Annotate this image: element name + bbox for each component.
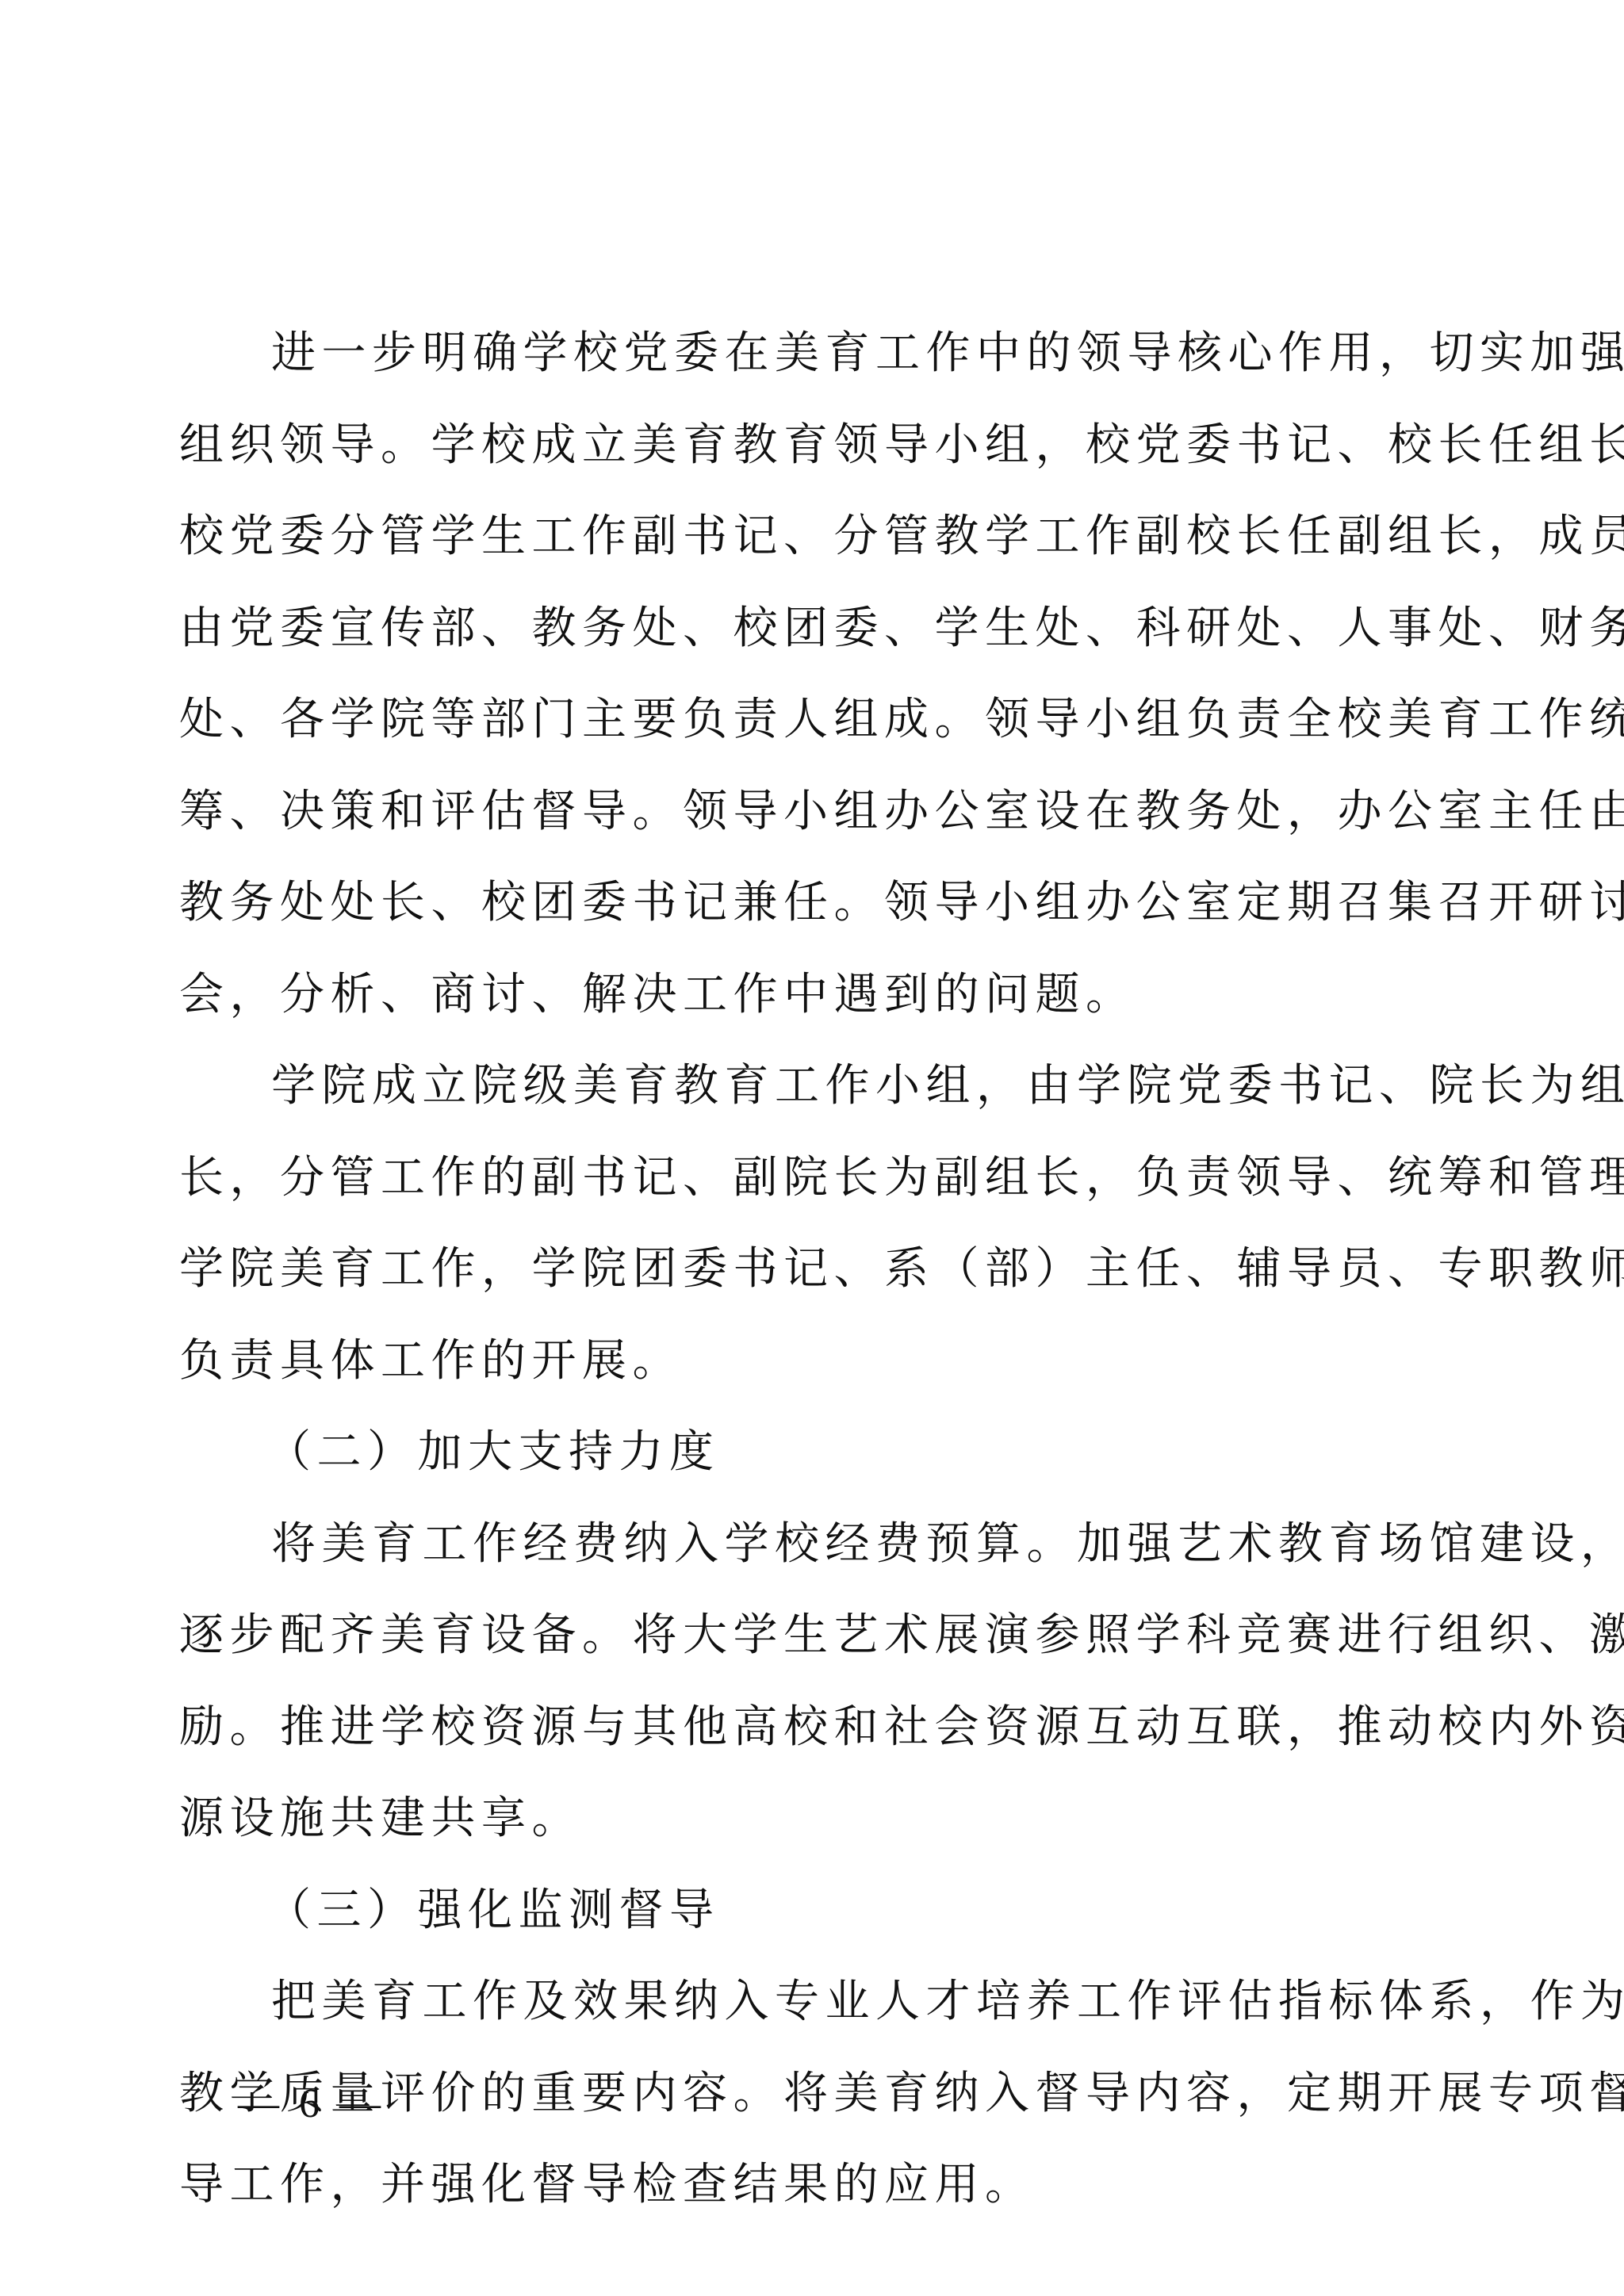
paragraph-2-line-2: 长，分管工作的副书记、副院长为副组长，负责领导、统筹和管理 [179, 1132, 1451, 1224]
paragraph-3-line-1: 将美育工作经费纳入学校经费预算。加强艺术教育场馆建设， [179, 1498, 1451, 1590]
page-number: — 6 — [238, 2080, 385, 2128]
paragraph-2-line-3: 学院美育工作，学院团委书记、系（部）主任、辅导员、专职教师 [179, 1223, 1451, 1315]
paragraph-3-line-4: 源设施共建共享。 [179, 1773, 1451, 1865]
paragraph-1-line-2: 组织领导。学校成立美育教育领导小组，校党委书记、校长任组长， [179, 400, 1451, 492]
document-page: 进一步明确学校党委在美育工作中的领导核心作用，切实加强 组织领导。学校成立美育教… [0, 0, 1624, 2296]
paragraph-1-line-4: 由党委宣传部、教务处、校团委、学生处、科研处、人事处、财务 [179, 583, 1451, 675]
paragraph-4-line-3: 导工作，并强化督导检查结果的应用。 [179, 2139, 1451, 2231]
paragraph-1-line-1: 进一步明确学校党委在美育工作中的领导核心作用，切实加强 [179, 308, 1451, 400]
paragraph-2-line-1: 学院成立院级美育教育工作小组，由学院党委书记、院长为组 [179, 1040, 1451, 1132]
paragraph-4-line-1: 把美育工作及效果纳入专业人才培养工作评估指标体系，作为 [179, 1956, 1451, 2048]
paragraph-1-line-5: 处、各学院等部门主要负责人组成。领导小组负责全校美育工作统 [179, 674, 1451, 766]
paragraph-1-line-7: 教务处处长、校团委书记兼任。领导小组办公室定期召集召开研讨 [179, 857, 1451, 949]
section-heading-supervision: （三）强化监测督导 [179, 1865, 1451, 1957]
paragraph-2-line-4: 负责具体工作的开展。 [179, 1315, 1451, 1407]
paragraph-1-line-6: 筹、决策和评估督导。领导小组办公室设在教务处，办公室主任由 [179, 766, 1451, 858]
document-body: 进一步明确学校党委在美育工作中的领导核心作用，切实加强 组织领导。学校成立美育教… [179, 308, 1451, 2231]
paragraph-1-line-8: 会，分析、商讨、解决工作中遇到的问题。 [179, 949, 1451, 1041]
paragraph-3-line-3: 励。推进学校资源与其他高校和社会资源互动互联，推动校内外资 [179, 1682, 1451, 1774]
paragraph-1-line-3: 校党委分管学生工作副书记、分管教学工作副校长任副组长，成员 [179, 491, 1451, 583]
paragraph-3-line-2: 逐步配齐美育设备。将大学生艺术展演参照学科竞赛进行组织、激 [179, 1590, 1451, 1682]
section-heading-support: （二）加大支持力度 [179, 1406, 1451, 1498]
